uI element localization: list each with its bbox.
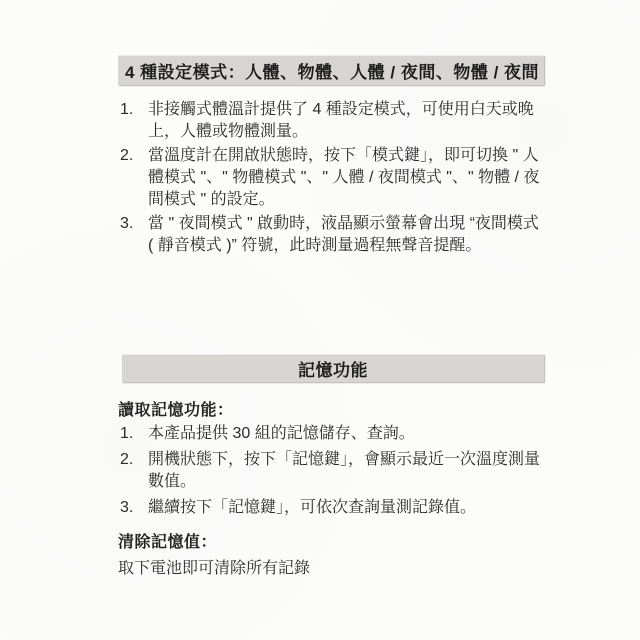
section-header-memory: 記憶功能 [122, 354, 544, 382]
list-item: 1. 本產品提供 30 組的記憶儲存、查詢。 [120, 423, 548, 445]
list-item: 3. 繼續按下「記憶鍵」，可依次查詢量測記錄值。 [120, 497, 548, 519]
modes-list: 1. 非接觸式體溫計提供了 4 種設定模式，可使用白天或晚上，人體或物體測量。 … [120, 99, 548, 259]
read-memory-title: 讀取記憶功能： [118, 397, 234, 420]
section-header-modes: 4 種設定模式：人體、物體、人體 / 夜間、物體 / 夜間 [118, 55, 544, 85]
list-item-number: 2. [120, 449, 148, 493]
list-item-text: 當溫度計在開啟狀態時，按下「模式鍵」，即可切換 " 人體模式 "、" 物體模式 … [148, 145, 548, 211]
list-item-text: 非接觸式體溫計提供了 4 種設定模式，可使用白天或晚上，人體或物體測量。 [148, 99, 548, 143]
clear-memory-title: 清除記憶值： [118, 529, 217, 552]
list-item-number: 1. [120, 423, 148, 445]
clear-memory-text: 取下電池即可清除所有記錄 [118, 555, 310, 578]
list-item-text: 開機狀態下，按下「記憶鍵」，會顯示最近一次溫度測量數值。 [148, 449, 548, 493]
list-item: 1. 非接觸式體溫計提供了 4 種設定模式，可使用白天或晚上，人體或物體測量。 [120, 99, 548, 143]
list-item-number: 1. [120, 99, 148, 143]
manual-page: 4 種設定模式：人體、物體、人體 / 夜間、物體 / 夜間 1. 非接觸式體溫計… [0, 0, 640, 640]
list-item-number: 3. [120, 497, 148, 519]
list-item: 3. 當 " 夜間模式 " 啟動時，液晶顯示螢幕會出現 “夜間模式 ( 靜音模式… [120, 213, 548, 257]
list-item-text: 當 " 夜間模式 " 啟動時，液晶顯示螢幕會出現 “夜間模式 ( 靜音模式 )”… [148, 213, 548, 257]
list-item: 2. 當溫度計在開啟狀態時，按下「模式鍵」，即可切換 " 人體模式 "、" 物體… [120, 145, 548, 211]
list-item: 2. 開機狀態下，按下「記憶鍵」，會顯示最近一次溫度測量數值。 [120, 449, 548, 493]
list-item-text: 繼續按下「記憶鍵」，可依次查詢量測記錄值。 [148, 497, 548, 519]
list-item-number: 2. [120, 145, 148, 211]
memory-list: 1. 本產品提供 30 組的記憶儲存、查詢。 2. 開機狀態下，按下「記憶鍵」，… [120, 423, 548, 523]
list-item-text: 本產品提供 30 組的記憶儲存、查詢。 [148, 423, 548, 445]
list-item-number: 3. [120, 213, 148, 257]
